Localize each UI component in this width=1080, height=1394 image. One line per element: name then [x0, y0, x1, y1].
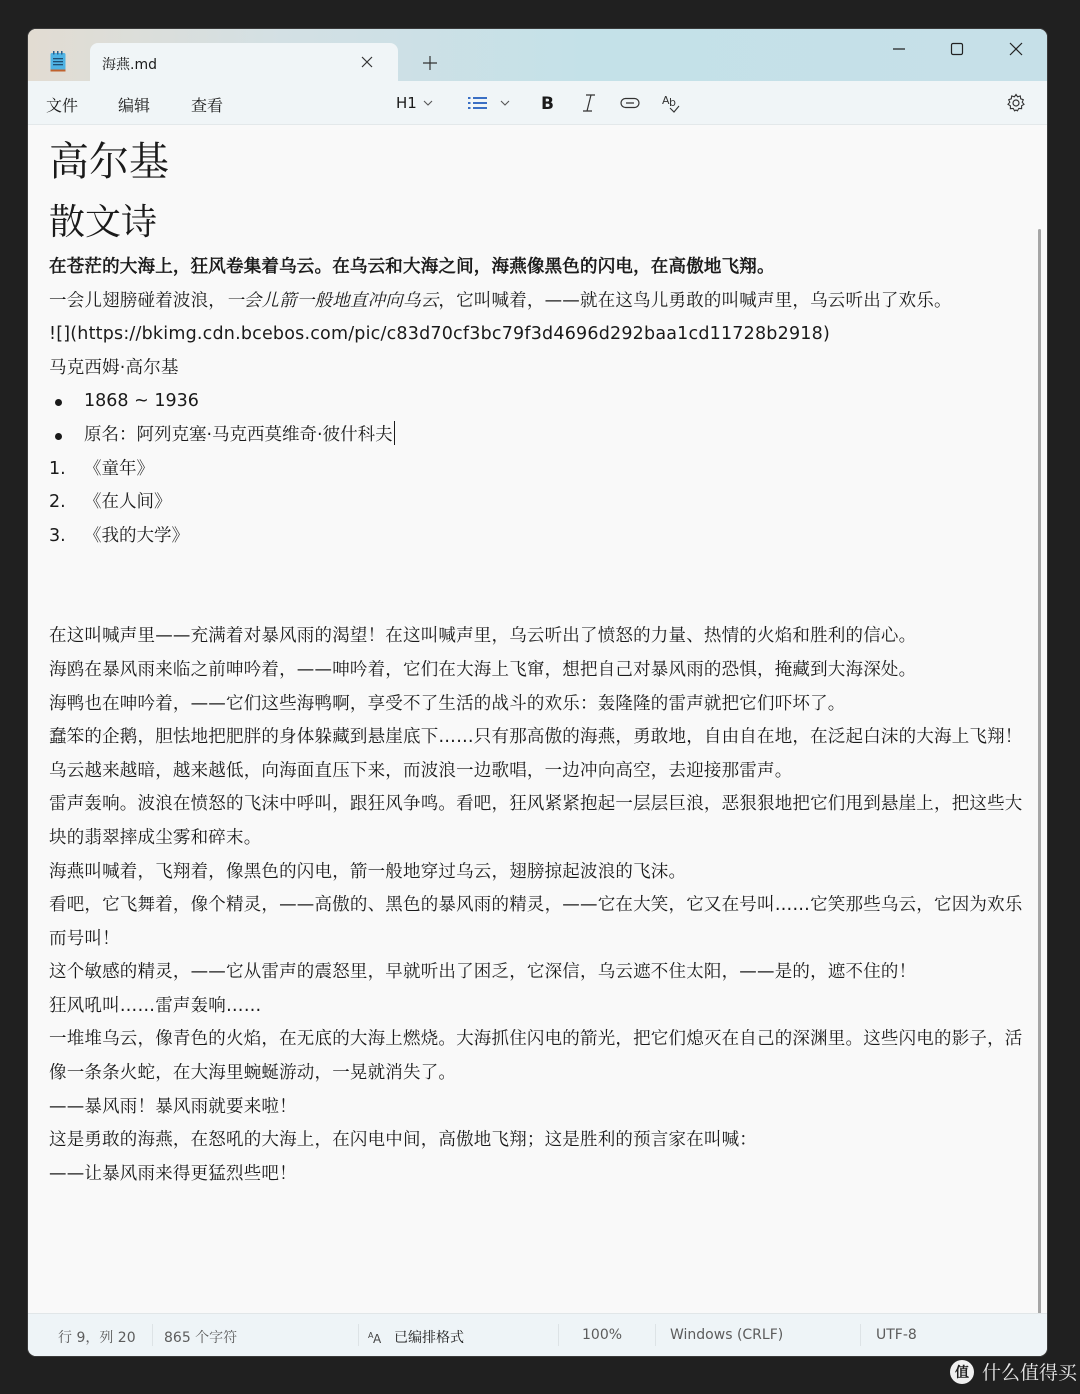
cursor-position: 行 9，列 20 — [58, 1327, 136, 1347]
ordered-text: 《我的大学》 — [84, 526, 189, 546]
bulleted-list-icon — [468, 96, 488, 110]
line-ending[interactable]: Windows (CRLF) — [670, 1327, 783, 1343]
ordered-text: 《在人间》 — [84, 492, 172, 512]
close-icon — [361, 56, 373, 68]
maximize-button[interactable] — [934, 35, 980, 63]
gear-icon — [1006, 93, 1026, 113]
heading-dropdown[interactable]: H1 — [396, 91, 433, 115]
svg-text:A: A — [373, 1332, 382, 1344]
heading-label: H1 — [396, 94, 417, 112]
character-count: 865 个字符 — [164, 1327, 237, 1347]
tab-close-button[interactable] — [356, 51, 378, 73]
paragraph: 在这叫喊声里——充满着对暴风雨的渴望！在这叫喊声里，乌云听出了愤怒的力量、热情的… — [49, 620, 1024, 654]
ordered-item: 1. 《童年》 — [49, 453, 1047, 487]
bullet-marker — [55, 433, 62, 440]
status-divider — [860, 1324, 861, 1346]
paragraph: 这个敏感的精灵，——它从雷声的震怒里，早就听出了困乏，它深信，乌云遮不住太阳，—… — [49, 956, 1024, 990]
bullet-item: 原名：阿列克塞·马克西莫维奇·彼什科夫 — [49, 419, 1047, 453]
new-tab-button[interactable] — [416, 51, 444, 75]
settings-button[interactable] — [1006, 91, 1026, 115]
status-divider — [358, 1324, 359, 1346]
paragraph: ——暴风雨！暴风雨就要来啦！ — [49, 1091, 1024, 1125]
encoding[interactable]: UTF-8 — [876, 1327, 917, 1343]
paragraph: 乌云越来越暗，越来越低，向海面直压下来，而波浪一边歌唱，一边冲向高空，去迎接那雷… — [49, 755, 1024, 789]
paragraph: 雷声轰响。波浪在愤怒的飞沫中呼叫，跟狂风争鸣。看吧，狂风紧紧抱起一层层巨浪，恶狠… — [49, 788, 1024, 855]
menu-edit[interactable]: 编辑 — [118, 93, 150, 116]
paragraph: 看吧，它飞舞着，像个精灵，——高傲的、黑色的暴风雨的精灵，——它在大笑，它又在号… — [49, 889, 1024, 956]
notepad-window: 海燕.md 文 — [28, 29, 1047, 1356]
bold-paragraph: 在苍茫的大海上，狂风卷集着乌云。在乌云和大海之间，海燕像黑色的闪电，在高傲地飞翔… — [49, 251, 1024, 285]
maximize-icon — [950, 42, 964, 56]
title-bar[interactable]: 海燕.md — [28, 29, 1047, 81]
clear-formatting-icon: A b — [662, 93, 682, 113]
svg-text:B: B — [541, 94, 554, 112]
tab-document[interactable]: 海燕.md — [90, 43, 398, 83]
ordered-item: 3. 《我的大学》 — [49, 520, 1047, 554]
chevron-down-icon — [500, 100, 510, 106]
paragraph: 一堆堆乌云，像青色的火焰，在无底的大海上燃烧。大海抓住闪电的箭光，把它们熄灭在自… — [49, 1023, 1024, 1090]
paragraph: 狂风吼叫……雷声轰响…… — [49, 990, 1024, 1024]
watermark-text: 什么值得买 — [982, 1358, 1077, 1385]
tab-title: 海燕.md — [102, 54, 157, 74]
status-bar: 行 9，列 20 865 个字符 A A 已编排格式 100% Windows … — [28, 1313, 1047, 1356]
text-cursor — [394, 421, 395, 445]
minimize-icon — [892, 42, 906, 56]
heading-2: 散文诗 — [49, 195, 1047, 251]
paragraph: ——让暴风雨来得更猛烈些吧！ — [49, 1158, 1024, 1192]
italic-icon — [582, 93, 596, 113]
notepad-icon — [50, 51, 66, 73]
plus-icon — [423, 56, 437, 70]
bullet-item: 1868 ~ 1936 — [49, 385, 1047, 419]
ordered-item: 2. 《在人间》 — [49, 486, 1047, 520]
ordered-marker: 3. — [49, 520, 66, 554]
bold-button[interactable]: B — [540, 91, 554, 115]
status-divider — [152, 1324, 153, 1346]
bullet-text: 1868 ~ 1936 — [84, 391, 199, 411]
link-icon — [620, 97, 640, 109]
svg-text:b: b — [669, 96, 676, 109]
blank-lines — [49, 553, 1047, 620]
format-label: 已编排格式 — [394, 1327, 464, 1347]
ordered-marker: 2. — [49, 486, 66, 520]
paragraph: 海燕叫喊着，飞翔着，像黑色的闪电，箭一般地穿过乌云，翅膀掠起波浪的飞沫。 — [49, 856, 1024, 890]
clear-formatting-button[interactable]: A b — [662, 91, 682, 115]
paragraph: 蠢笨的企鹅，胆怯地把肥胖的身体躲藏到悬崖底下……只有那高傲的海燕，勇敢地，自由自… — [49, 721, 1024, 755]
paragraph: 海鸭也在呻吟着，——它们这些海鸭啊，享受不了生活的战斗的欢乐：轰隆隆的雷声就把它… — [49, 688, 1024, 722]
italic-button[interactable] — [582, 91, 596, 115]
bullet-text: 原名：阿列克塞·马克西莫维奇·彼什科夫 — [84, 425, 393, 445]
list-dropdown[interactable] — [468, 91, 510, 115]
paragraph-with-italic: 一会儿翅膀碰着波浪，一会儿箭一般地直冲向乌云，它叫喊着，——就在这鸟儿勇敢的叫喊… — [49, 285, 1024, 319]
close-icon — [1009, 42, 1023, 56]
ordered-text: 《童年》 — [84, 459, 154, 479]
author-line: 马克西姆·高尔基 — [49, 352, 1024, 386]
status-divider — [558, 1324, 559, 1346]
zoom-level[interactable]: 100% — [582, 1327, 622, 1343]
minimize-button[interactable] — [876, 35, 922, 63]
bullet-marker — [55, 399, 62, 406]
watermark-logo: 值 — [950, 1360, 974, 1384]
heading-1: 高尔基 — [49, 137, 1047, 187]
plain-text: ，它叫喊着，——就在这鸟儿勇敢的叫喊声里，乌云听出了欢乐。 — [438, 291, 951, 311]
bold-icon: B — [540, 94, 554, 112]
menu-view[interactable]: 查看 — [191, 93, 223, 116]
document-editor[interactable]: 高尔基 散文诗 在苍茫的大海上，狂风卷集着乌云。在乌云和大海之间，海燕像黑色的闪… — [28, 125, 1047, 1313]
chevron-down-icon — [423, 100, 433, 106]
italic-text: 一会儿箭一般地直冲向乌云 — [226, 291, 438, 311]
text-format-icon: A A — [368, 1330, 384, 1344]
vertical-scrollbar[interactable] — [1038, 229, 1041, 1325]
menu-file[interactable]: 文件 — [46, 93, 78, 116]
plain-text: 一会儿翅膀碰着波浪， — [49, 291, 226, 311]
paragraph: 海鸥在暴风雨来临之前呻吟着，——呻吟着，它们在大海上飞窜，想把自己对暴风雨的恐惧… — [49, 654, 1024, 688]
menu-toolbar: 文件 编辑 查看 H1 B — [28, 81, 1047, 125]
format-status[interactable]: A A 已编排格式 — [368, 1327, 464, 1347]
close-window-button[interactable] — [993, 35, 1039, 63]
link-button[interactable] — [620, 91, 640, 115]
status-divider — [655, 1324, 656, 1346]
watermark: 值 什么值得买 — [950, 1358, 1077, 1385]
image-markdown-line: ![](https://bkimg.cdn.bcebos.com/pic/c83… — [49, 318, 1024, 352]
paragraph: 这是勇敢的海燕，在怒吼的大海上，在闪电中间，高傲地飞翔；这是胜利的预言家在叫喊： — [49, 1124, 1024, 1158]
ordered-marker: 1. — [49, 453, 66, 487]
